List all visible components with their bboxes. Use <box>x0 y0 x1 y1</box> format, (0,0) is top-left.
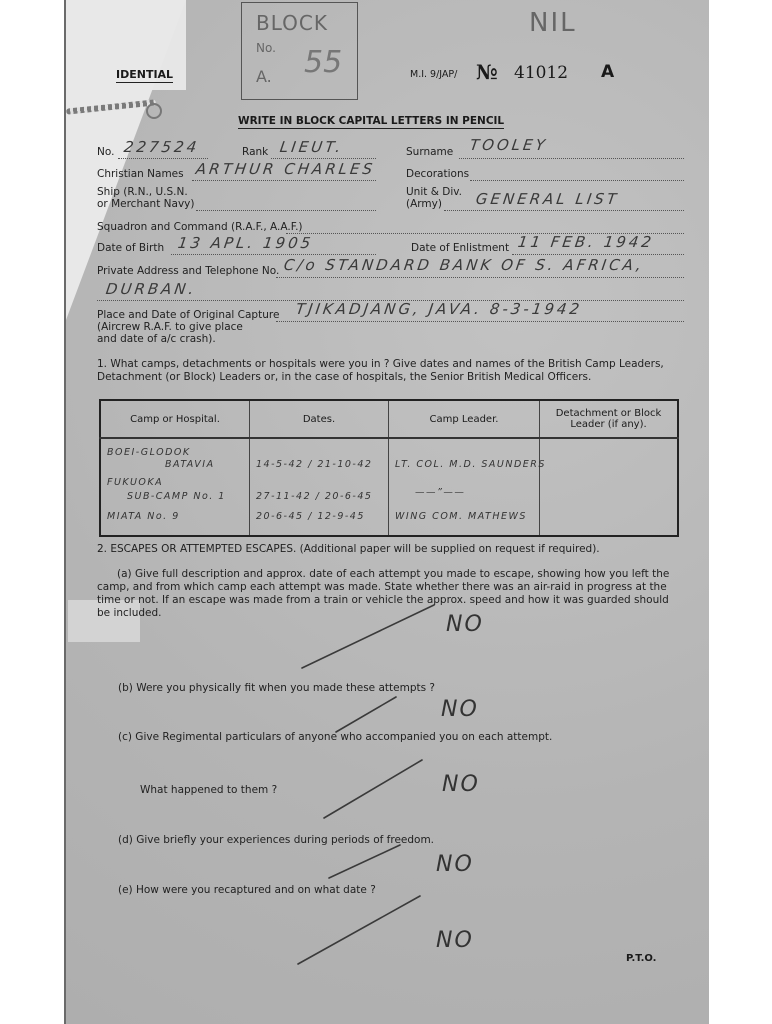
rank-label: Rank <box>242 146 268 158</box>
enlistment-line <box>512 254 684 255</box>
column-header-leader: Camp Leader. <box>389 400 540 438</box>
dob-label: Date of Birth <box>97 242 164 254</box>
section1-question: 1. What camps, detachments or hospitals … <box>97 358 687 384</box>
decorations-field[interactable] <box>470 180 684 181</box>
classification-label: IDENTIAL <box>116 68 173 83</box>
answer-b[interactable]: NO <box>441 697 479 722</box>
stamp-no: No. <box>256 41 276 55</box>
document-suffix: A <box>601 62 614 82</box>
unit-field[interactable]: GENERAL LIST <box>475 190 621 208</box>
unit-label-2: (Army) <box>406 198 442 210</box>
document-number: 41012 <box>514 63 568 83</box>
number-symbol: № <box>476 60 498 84</box>
address-label: Private Address and Telephone No. <box>97 265 279 277</box>
question-e: (e) How were you recaptured and on what … <box>118 884 376 897</box>
row3-camp: MIATA No. 9 <box>107 511 180 522</box>
row2-leader: ——”—— <box>415 487 465 498</box>
question-c-followup: What happened to them ? <box>140 784 277 797</box>
decorations-label: Decorations <box>406 168 469 180</box>
answer-d[interactable]: NO <box>436 852 474 877</box>
leader-cell[interactable]: LT. COL. M.D. SAUNDERS ——”—— WING COM. M… <box>389 438 540 536</box>
camp-cell[interactable]: BOEI-GLODOK BATAVIA FUKUOKA SUB-CAMP No.… <box>100 438 250 536</box>
column-header-dates: Dates. <box>250 400 389 438</box>
dates-cell[interactable]: 14-5-42 / 21-10-42 27-11-42 / 20-6-45 20… <box>250 438 389 536</box>
surname-field[interactable]: TOOLEY <box>469 136 549 154</box>
capture-label-2: (Aircrew R.A.F. to give place <box>97 321 243 333</box>
column-header-detachment: Detachment or Block Leader (if any). <box>540 400 679 438</box>
ship-field[interactable] <box>196 210 376 211</box>
row1-dates: 14-5-42 / 21-10-42 <box>256 459 372 470</box>
surname-label: Surname <box>406 146 453 158</box>
row1-camp-2: BATAVIA <box>165 459 215 470</box>
row2-camp: FUKUOKA <box>107 477 163 488</box>
instruction-heading: WRITE IN BLOCK CAPITAL LETTERS IN PENCIL <box>238 115 504 129</box>
no-field[interactable]: 227524 <box>123 138 201 156</box>
pto-label: P.T.O. <box>626 953 656 964</box>
stamp-title: BLOCK <box>256 11 328 35</box>
address-field-2[interactable]: DURBAN. <box>105 280 198 298</box>
address-field[interactable]: C/o STANDARD BANK OF S. AFRICA, <box>283 256 645 274</box>
section2-heading: 2. ESCAPES OR ATTEMPTED ESCAPES. (Additi… <box>97 543 687 556</box>
answer-e[interactable]: NO <box>436 928 474 953</box>
ship-label-2: or Merchant Navy) <box>97 198 194 210</box>
no-label: No. <box>97 146 114 158</box>
row3-leader: WING COM. MATHEWS <box>395 511 527 522</box>
christian-names-label: Christian Names <box>97 168 184 180</box>
unit-label: Unit & Div. <box>406 186 462 198</box>
answer-a[interactable]: NO <box>446 612 484 637</box>
nil-annotation: NIL <box>529 8 577 38</box>
document-page: BLOCK No. A. 55 NIL IDENTIAL M.I. 9/JAP/… <box>64 0 709 1024</box>
capture-label-3: and date of a/c crash). <box>97 333 216 345</box>
column-header-camp: Camp or Hospital. <box>100 400 250 438</box>
capture-label: Place and Date of Original Capture <box>97 309 279 321</box>
capture-line <box>276 321 684 322</box>
christian-names-field[interactable]: ARTHUR CHARLES <box>195 160 377 178</box>
question-b: (b) Were you physically fit when you mad… <box>118 682 435 695</box>
capture-field[interactable]: TJIKADJANG, JAVA. 8-3-1942 <box>295 300 584 318</box>
no-line <box>118 158 208 159</box>
row1-leader: LT. COL. M.D. SAUNDERS <box>395 459 546 470</box>
christian-names-line <box>192 180 376 181</box>
eyelet-icon <box>146 103 162 119</box>
row1-camp: BOEI-GLODOK <box>107 447 191 458</box>
answer-c[interactable]: NO <box>442 772 480 797</box>
rank-line <box>271 158 376 159</box>
stamp-a: A. <box>256 67 272 86</box>
squadron-label: Squadron and Command (R.A.F., A.A.F.) <box>97 221 303 233</box>
detachment-cell[interactable] <box>540 438 679 536</box>
row2-dates: 27-11-42 / 20-6-45 <box>256 491 372 502</box>
unit-line <box>444 210 684 211</box>
table-body: BOEI-GLODOK BATAVIA FUKUOKA SUB-CAMP No.… <box>100 438 678 536</box>
form-reference: M.I. 9/JAP/ <box>410 69 457 80</box>
dob-field[interactable]: 13 APL. 1905 <box>177 234 315 252</box>
address-line <box>276 277 684 278</box>
question-c: (c) Give Regimental particulars of anyon… <box>118 731 552 744</box>
surname-line <box>459 158 684 159</box>
row2-camp-2: SUB-CAMP No. 1 <box>127 491 226 502</box>
ship-label: Ship (R.N., U.S.N. <box>97 186 188 198</box>
row3-dates: 20-6-45 / 12-9-45 <box>256 511 365 522</box>
camps-table: Camp or Hospital. Dates. Camp Leader. De… <box>99 399 679 537</box>
enlistment-label: Date of Enlistment <box>411 242 509 254</box>
rank-field[interactable]: LIEUT. <box>279 138 345 156</box>
question-a: (a) Give full description and approx. da… <box>97 568 685 620</box>
enlistment-field[interactable]: 11 FEB. 1942 <box>517 233 655 251</box>
stamp-number: 55 <box>304 45 342 80</box>
block-stamp: BLOCK No. A. 55 <box>241 2 358 100</box>
dob-line <box>171 254 376 255</box>
question-d: (d) Give briefly your experiences during… <box>118 834 434 847</box>
